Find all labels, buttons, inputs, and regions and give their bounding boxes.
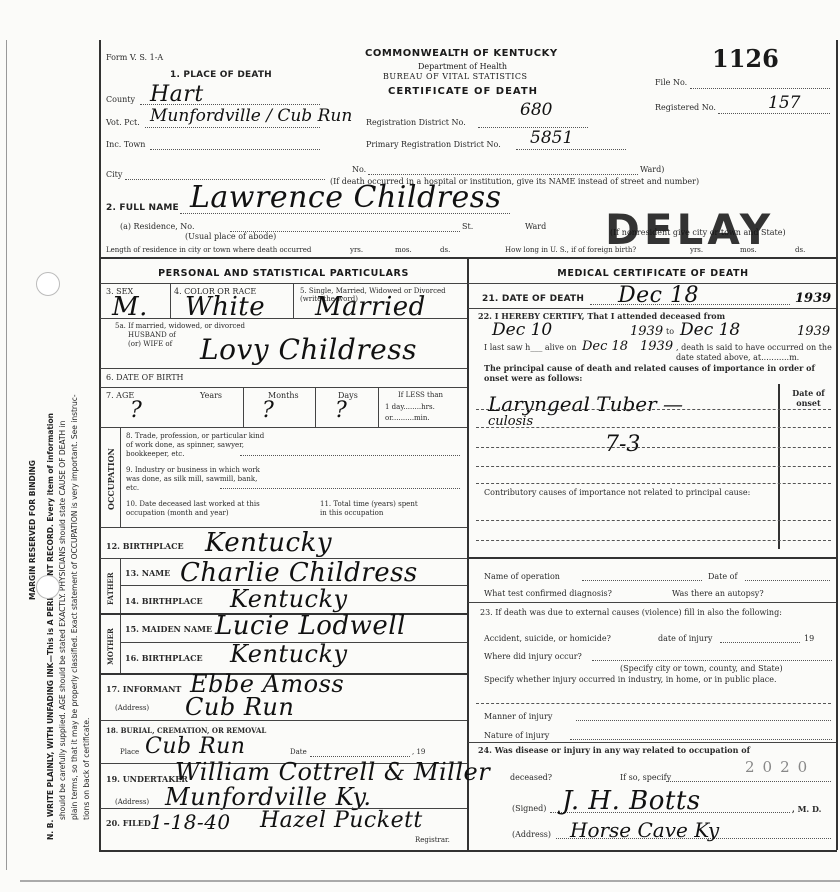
father-name-value: Charlie Childress xyxy=(180,558,418,588)
injury-date-field xyxy=(720,642,800,643)
mother-birthplace-value: Kentucky xyxy=(230,640,348,668)
autopsy-label: Was there an autopsy? xyxy=(672,589,764,598)
rule xyxy=(100,427,467,428)
right-border xyxy=(836,40,838,850)
industry-field xyxy=(220,488,460,489)
where-injury-field xyxy=(592,660,832,661)
death-said-label: , death is said to have occurred on the … xyxy=(676,343,836,363)
header-commonwealth: COMMONWEALTH OF KENTUCKY xyxy=(365,48,558,59)
county-value: Hart xyxy=(150,82,204,107)
place-of-death-heading: 1. PLACE OF DEATH xyxy=(170,70,272,80)
less-than-label: If LESS than xyxy=(398,391,443,399)
rule xyxy=(476,409,831,410)
form-id: Form V. S. 1-A xyxy=(106,53,163,62)
city-no-label: No. xyxy=(352,165,366,174)
mother-side-label: MOTHER xyxy=(106,628,115,665)
birthplace-label: 12. BIRTHPLACE xyxy=(106,541,184,551)
rule xyxy=(120,427,121,527)
manner-of-injury-label: Manner of injury xyxy=(484,712,552,721)
length-yrs: yrs. xyxy=(350,246,363,254)
spouse-label-3: (or) WIFE of xyxy=(128,340,172,348)
rule xyxy=(100,387,467,388)
city-no-field xyxy=(368,174,638,175)
operation-label: Name of operation xyxy=(484,572,560,581)
last-saw-label: I last saw h___ alive on xyxy=(484,343,577,352)
vot-pct-value: Munfordville / Cub Run xyxy=(150,106,352,126)
spouse-label-2: HUSBAND of xyxy=(128,331,176,339)
less-than-day: 1 day........hrs. xyxy=(385,403,435,411)
physician-address-value: Horse Cave Ky xyxy=(570,818,719,842)
where-injury-note: (Specify city or town, county, and State… xyxy=(620,664,783,673)
undertaker-value: William Cottrell & Miller xyxy=(175,758,490,786)
cause-duration: 7-3 xyxy=(605,432,640,457)
how-long-ds: ds. xyxy=(795,246,805,254)
father-birthplace-value: Kentucky xyxy=(230,585,348,613)
rule xyxy=(378,387,379,427)
delay-stamp: DELAY xyxy=(605,205,774,254)
rule xyxy=(100,720,467,721)
primary-registration-field xyxy=(516,149,626,150)
residence-ward-label: Ward xyxy=(525,222,546,231)
rule xyxy=(476,447,831,448)
county-label: County xyxy=(106,95,135,104)
rule xyxy=(468,742,836,743)
date-of-death-label: 21. DATE OF DEATH xyxy=(482,294,584,304)
where-injury-label: Where did injury occur? xyxy=(484,652,582,661)
rule xyxy=(243,387,244,427)
informant-address-value: Cub Run xyxy=(185,693,294,721)
mother-maiden-label: 15. MAIDEN NAME xyxy=(125,624,212,634)
total-time-label: 11. Total time (years) spent in this occ… xyxy=(320,500,420,518)
margin-reserved-text: MARGIN RESERVED FOR BINDING xyxy=(28,460,37,600)
nature-of-injury-field xyxy=(570,739,832,740)
stamped-year: 2020 xyxy=(745,758,815,776)
rule xyxy=(120,558,121,673)
operation-field xyxy=(582,580,702,581)
rule xyxy=(170,283,171,318)
injury-date-label: date of injury xyxy=(658,634,712,643)
registration-district-value: 680 xyxy=(520,100,552,120)
bottom-border xyxy=(99,850,837,852)
principal-cause-label: The principal cause of death and related… xyxy=(484,363,834,383)
rule xyxy=(468,602,836,603)
margin-instructions-3: plain terms, so that it may be properly … xyxy=(70,394,79,820)
vot-pct-field xyxy=(145,127,320,128)
occupation-related-label: 24. Was disease or injury in any way rel… xyxy=(478,745,750,755)
less-than-min: or..........min. xyxy=(385,414,430,422)
undertaker-address-value: Munfordville Ky. xyxy=(165,783,371,811)
last-saw-year: 1939 xyxy=(640,339,673,354)
trade-field xyxy=(240,455,460,456)
injury-year-label: 19 xyxy=(804,634,814,643)
informant-address-label: (Address) xyxy=(115,704,149,712)
signed-value: J. H. Botts xyxy=(562,786,701,816)
age-months-value: ? xyxy=(262,398,274,423)
left-border xyxy=(99,40,101,850)
residence-sublabel: (Usual place of abode) xyxy=(185,232,276,241)
last-worked-label: 10. Date deceased last worked at this oc… xyxy=(126,500,261,518)
nature-of-injury-label: Nature of injury xyxy=(484,731,549,740)
test-label: What test confirmed diagnosis? xyxy=(484,589,612,598)
spouse-value: Lovy Childress xyxy=(200,333,417,366)
rule xyxy=(315,387,316,427)
punch-hole-bottom xyxy=(36,575,60,599)
attended-to-year: 1939 xyxy=(797,324,830,339)
if-so-field xyxy=(666,781,831,782)
rule xyxy=(476,466,831,467)
mother-maiden-value: Lucie Lodwell xyxy=(215,611,406,641)
rule xyxy=(476,703,831,704)
rule xyxy=(476,427,831,428)
inc-town-label: Inc. Town xyxy=(106,140,145,149)
last-saw-value: Dec 18 xyxy=(582,339,628,354)
rule xyxy=(476,520,831,521)
md-label: , M. D. xyxy=(792,804,821,814)
city-label: City xyxy=(106,170,122,179)
margin-edge xyxy=(6,40,7,870)
rule xyxy=(468,557,836,559)
medical-heading: MEDICAL CERTIFICATE OF DEATH xyxy=(470,268,836,279)
registrar-label: Registrar. xyxy=(415,836,450,844)
cause-line1: Laryngeal Tuber — xyxy=(488,392,683,416)
birthplace-value: Kentucky xyxy=(205,528,332,558)
rule xyxy=(100,368,467,369)
date-of-death-year: 1939 xyxy=(795,291,831,306)
rule xyxy=(476,483,831,484)
burial-date-label: Date xyxy=(290,748,307,756)
father-name-label: 13. NAME xyxy=(125,568,170,578)
burial-date-field xyxy=(310,756,410,757)
length-ds: ds. xyxy=(440,246,450,254)
full-name-value: Lawrence Childress xyxy=(190,180,502,215)
file-no-field xyxy=(690,88,830,89)
registered-no-value: 157 xyxy=(768,93,800,113)
registration-district-label: Registration District No. xyxy=(366,118,466,127)
file-no-label: File No. xyxy=(655,78,687,87)
margin-instructions-1: N. B. WRITE PLAINLY, WITH UNFADING INK—T… xyxy=(46,413,55,840)
attended-from: Dec 10 xyxy=(492,320,552,340)
specify-injury-label: Specify whether injury occurred in indus… xyxy=(484,675,834,685)
file-number-stamp: 1126 xyxy=(712,44,779,73)
operation-date-field xyxy=(745,580,830,581)
signed-label: (Signed) xyxy=(512,804,546,813)
rule xyxy=(100,283,467,284)
mother-birthplace-label: 16. BIRTHPLACE xyxy=(125,653,203,663)
date-of-onset-label: Date of onset xyxy=(786,388,831,408)
full-name-label: 2. FULL NAME xyxy=(106,203,179,213)
if-so-label: If so, specify xyxy=(620,773,671,782)
burial-place-label: Place xyxy=(120,748,139,756)
undertaker-address-label: (Address) xyxy=(115,798,149,806)
rule xyxy=(468,308,836,309)
manner-of-injury-field xyxy=(576,720,831,721)
vot-pct-label: Vot. Pct. xyxy=(106,118,140,127)
personal-heading: PERSONAL AND STATISTICAL PARTICULARS xyxy=(100,268,467,279)
header-bureau: BUREAU OF VITAL STATISTICS xyxy=(383,72,527,81)
inc-town-field xyxy=(150,149,320,150)
rule xyxy=(476,540,831,541)
attended-to-label: to xyxy=(666,327,674,336)
external-causes-label: 23. If death was due to external causes … xyxy=(480,608,830,618)
occupation-side-label: OCCUPATION xyxy=(106,448,116,510)
date-of-death-value: Dec 18 xyxy=(618,283,699,308)
rule xyxy=(293,283,294,318)
margin-instructions-4: tions on back of certificate. xyxy=(82,718,91,820)
city-ward-label: Ward) xyxy=(640,165,664,174)
accident-label: Accident, suicide, or homicide? xyxy=(484,634,611,643)
rule xyxy=(100,318,467,319)
primary-registration-value: 5851 xyxy=(530,128,573,148)
margin-instructions-2: should be carefully supplied. AGE should… xyxy=(58,421,67,820)
burial-year-label: , 19 xyxy=(412,748,425,756)
residence-st-label: St. xyxy=(462,222,473,231)
attended-to: Dec 18 xyxy=(680,320,740,340)
registrar-signature: Hazel Puckett xyxy=(260,808,423,833)
length-mos: mos. xyxy=(395,246,412,254)
punch-hole-top xyxy=(36,272,60,296)
deceased-label: deceased? xyxy=(510,773,552,782)
burial-place-value: Cub Run xyxy=(145,734,245,759)
registered-no-field xyxy=(718,113,830,114)
header-department: Department of Health xyxy=(418,62,507,71)
scan-edge xyxy=(20,880,840,882)
contributory-label: Contributory causes of importance not re… xyxy=(484,488,764,498)
father-birthplace-label: 14. BIRTHPLACE xyxy=(125,596,203,606)
physician-address-label: (Address) xyxy=(512,830,551,839)
length-residence-label: Length of residence in city or town wher… xyxy=(106,246,311,254)
filed-label: 20. FILED xyxy=(106,818,151,828)
age-years-value: ? xyxy=(130,398,142,423)
dob-label: 6. DATE OF BIRTH xyxy=(106,373,184,382)
age-days-value: ? xyxy=(335,398,347,423)
attended-from-year: 1939 xyxy=(630,324,663,339)
residence-label: (a) Residence, No. xyxy=(120,222,195,231)
certificate-title: CERTIFICATE OF DEATH xyxy=(388,86,538,97)
father-side-label: FATHER xyxy=(106,572,115,605)
operation-date-label: Date of xyxy=(708,572,737,581)
spouse-label-1: 5a. If married, widowed, or divorced xyxy=(115,322,245,330)
informant-label: 17. INFORMANT xyxy=(106,684,181,694)
primary-registration-label: Primary Registration District No. xyxy=(366,140,501,149)
age-years-label: Years xyxy=(200,391,222,400)
filed-value: 1-18-40 xyxy=(150,810,231,834)
registered-no-label: Registered No. xyxy=(655,103,716,112)
death-certificate: MARGIN RESERVED FOR BINDING N. B. WRITE … xyxy=(0,0,840,892)
